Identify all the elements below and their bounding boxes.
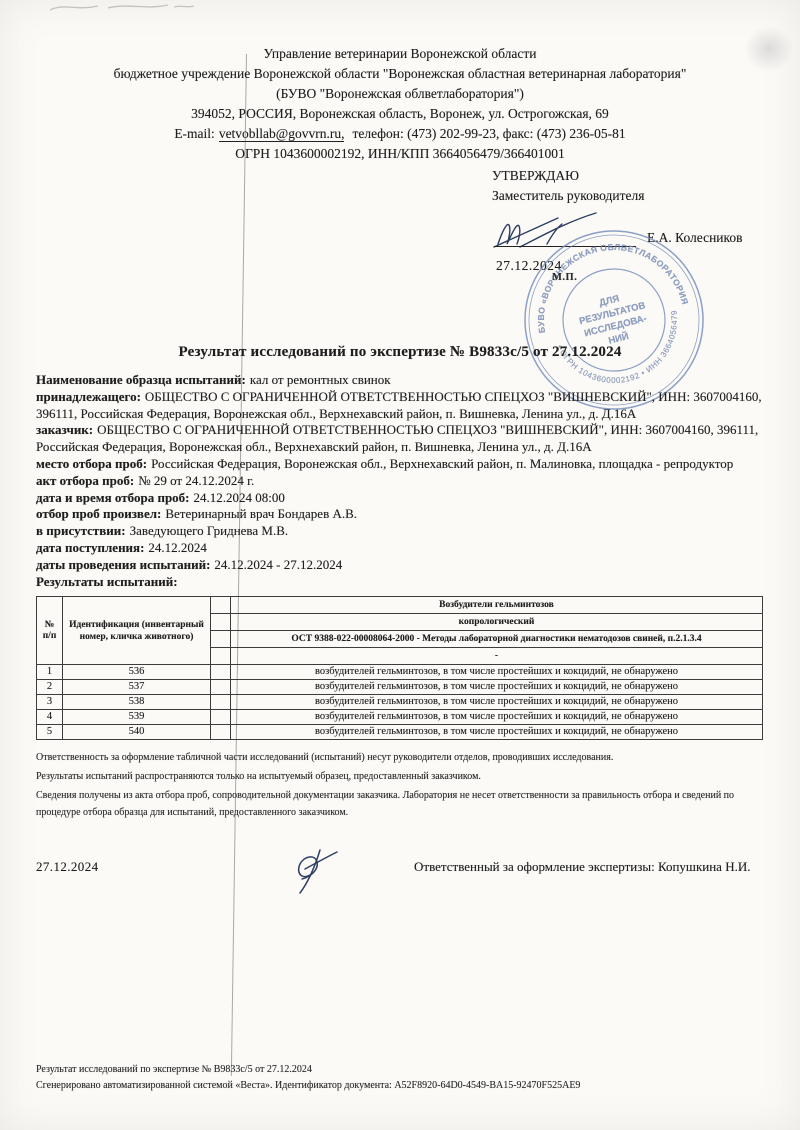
row-result: возбудителей гельминтозов, в том числе п…: [231, 680, 763, 695]
field-label: дата поступления:: [36, 540, 144, 555]
responsible-signature: [288, 845, 352, 897]
field-value: ОБЩЕСТВО С ОГРАНИЧЕННОЙ ОТВЕТСТВЕННОСТЬЮ…: [36, 422, 758, 454]
table-row: 4 539 возбудителей гельминтозов, в том ч…: [37, 710, 763, 725]
unit-header: -: [231, 648, 763, 665]
field-row: дата и время отбора проб:24.12.2024 08:0…: [36, 490, 763, 507]
approval-date: 27.12.2024: [496, 256, 782, 276]
field-value: № 29 от 24.12.2024 г.: [138, 473, 254, 488]
field-row: дата поступления:24.12.2024: [36, 540, 763, 557]
field-value: кал от ремонтных свинок: [250, 372, 391, 387]
org-header: Управление ветеринарии Воронежской облас…: [40, 44, 760, 164]
row-num: 4: [37, 710, 63, 725]
field-label: место отбора проб:: [36, 456, 147, 471]
row-spacer: [211, 665, 231, 680]
field-row: отбор проб произвел:Ветеринарный врач Бо…: [36, 506, 763, 523]
footer-line: Сгенерировано автоматизированной системо…: [36, 1078, 580, 1094]
signoff-date: 27.12.2024: [36, 859, 99, 876]
stamp-center-line: ДЛЯ: [598, 293, 620, 309]
row-result: возбудителей гельминтозов, в том числе п…: [231, 695, 763, 710]
method-header: копрологический: [231, 614, 763, 631]
row-result: возбудителей гельминтозов, в том числе п…: [231, 665, 763, 680]
row-id: 539: [63, 710, 211, 725]
row-id: 536: [63, 665, 211, 680]
field-row: заказчик:ОБЩЕСТВО С ОГРАНИЧЕННОЙ ОТВЕТСТ…: [36, 422, 763, 456]
stamp-center-line: РЕЗУЛЬТАТОВ: [578, 300, 647, 327]
col-header-identification: Идентификация (инвентарный номер, кличка…: [63, 597, 211, 665]
col-header-spacer: [211, 614, 231, 631]
field-row: Наименование образца испытаний:кал от ре…: [36, 372, 763, 389]
col-header-spacer: [211, 631, 231, 648]
footnotes: Ответственность за оформление табличной …: [36, 749, 763, 821]
footer-line: Результат исследований по экспертизе № В…: [36, 1062, 580, 1078]
row-spacer: [211, 725, 231, 740]
footnote: Результаты испытаний распространяются то…: [36, 768, 763, 785]
approval-block: УТВЕРЖДАЮ Заместитель руководителя Е.А. …: [492, 166, 782, 276]
table-row: 2 537 возбудителей гельминтозов, в том ч…: [37, 680, 763, 695]
group-header: Возбудители гельминтозов: [231, 597, 763, 614]
table-row: 3 538 возбудителей гельминтозов, в том ч…: [37, 695, 763, 710]
footnote: Ответственность за оформление табличной …: [36, 749, 763, 766]
field-label: принадлежащего:: [36, 389, 141, 404]
col-header-num: № п/п: [37, 597, 63, 665]
field-row: принадлежащего:ОБЩЕСТВО С ОГРАНИЧЕННОЙ О…: [36, 389, 763, 423]
results-heading: Результаты испытаний:: [36, 574, 763, 591]
field-value: 24.12.2024 - 27.12.2024: [214, 557, 342, 572]
col-header-spacer: [211, 597, 231, 614]
org-name-line: бюджетное учреждение Воронежской области…: [40, 64, 760, 84]
field-label: акт отбора проб:: [36, 473, 134, 488]
org-address-line: 394052, РОССИЯ, Воронежская область, Вор…: [40, 104, 760, 124]
org-name-line: Управление ветеринарии Воронежской облас…: [40, 44, 760, 64]
responsible-label: Ответственный за оформление экспертизы: …: [414, 859, 750, 876]
phone-fax: телефон: (473) 202-99-23, факс: (473) 23…: [352, 126, 625, 141]
field-value: ОБЩЕСТВО С ОГРАНИЧЕННОЙ ОТВЕТСТВЕННОСТЬЮ…: [36, 389, 762, 421]
scanned-report-page: Управление ветеринарии Воронежской облас…: [0, 0, 800, 1130]
row-id: 537: [63, 680, 211, 695]
table-row: 5 540 возбудителей гельминтозов, в том ч…: [37, 725, 763, 740]
doc-footer: Результат исследований по экспертизе № В…: [36, 1062, 580, 1094]
table-row: 1 536 возбудителей гельминтозов, в том ч…: [37, 665, 763, 680]
row-id: 538: [63, 695, 211, 710]
field-value: Российская Федерация, Воронежская обл., …: [151, 456, 733, 471]
email-address: vetvobllab@govvrn.ru,: [219, 126, 345, 142]
report-body: Наименование образца испытаний:кал от ре…: [36, 372, 763, 899]
field-value: 24.12.2024 08:00: [194, 490, 285, 505]
field-row: в присутствии:Заведующего Гриднева М.В.: [36, 523, 763, 540]
field-row: даты проведения испытаний:24.12.2024 - 2…: [36, 557, 763, 574]
approver-signature: [492, 210, 642, 250]
row-num: 2: [37, 680, 63, 695]
seal-mark-label: М.П.: [552, 272, 577, 283]
scan-artifact-scribble: [46, 0, 196, 16]
row-id: 540: [63, 725, 211, 740]
signoff-row: 27.12.2024 Ответственный за оформление э…: [36, 845, 763, 899]
field-label: Наименование образца испытаний:: [36, 372, 246, 387]
stamp-center-line: ИССЛЕДОВА-: [583, 313, 648, 339]
row-spacer: [211, 710, 231, 725]
row-spacer: [211, 680, 231, 695]
org-contacts-line: E-mail:vetvobllab@govvrn.ru,телефон: (47…: [40, 124, 760, 144]
approval-position: Заместитель руководителя: [492, 186, 782, 206]
field-value: Ветеринарный врач Бондарев А.В.: [165, 506, 357, 521]
field-label: заказчик:: [36, 422, 93, 437]
row-result: возбудителей гельминтозов, в том числе п…: [231, 710, 763, 725]
standard-header: ОСТ 9388-022-00008064-2000 - Методы лабо…: [231, 631, 763, 648]
row-result: возбудителей гельминтозов, в том числе п…: [231, 725, 763, 740]
org-name-line: (БУВО "Воронежская облветлаборатория"): [40, 84, 760, 104]
report-title: Результат исследований по экспертизе № В…: [0, 344, 800, 361]
field-label: в присутствии:: [36, 523, 126, 538]
approval-signature-row: Е.А. Колесников: [492, 208, 782, 252]
approver-name: Е.А. Колесников: [647, 228, 743, 248]
col-header-spacer: [211, 648, 231, 665]
field-row: место отбора проб:Российская Федерация, …: [36, 456, 763, 473]
field-label: отбор проб произвел:: [36, 506, 161, 521]
email-label: E-mail:: [174, 126, 215, 141]
row-num: 5: [37, 725, 63, 740]
footnote: Сведения получены из акта отбора проб, с…: [36, 787, 763, 821]
org-ogrn-line: ОГРН 1043600002192, ИНН/КПП 3664056479/3…: [40, 144, 760, 164]
row-spacer: [211, 695, 231, 710]
field-row: акт отбора проб:№ 29 от 24.12.2024 г.: [36, 473, 763, 490]
field-value: 24.12.2024: [148, 540, 207, 555]
approval-title: УТВЕРЖДАЮ: [492, 166, 782, 186]
row-num: 1: [37, 665, 63, 680]
row-num: 3: [37, 695, 63, 710]
field-value: Заведующего Гриднева М.В.: [130, 523, 289, 538]
field-label: даты проведения испытаний:: [36, 557, 210, 572]
signature-line: [494, 246, 636, 247]
field-label: дата и время отбора проб:: [36, 490, 190, 505]
results-table: № п/п Идентификация (инвентарный номер, …: [36, 596, 763, 740]
